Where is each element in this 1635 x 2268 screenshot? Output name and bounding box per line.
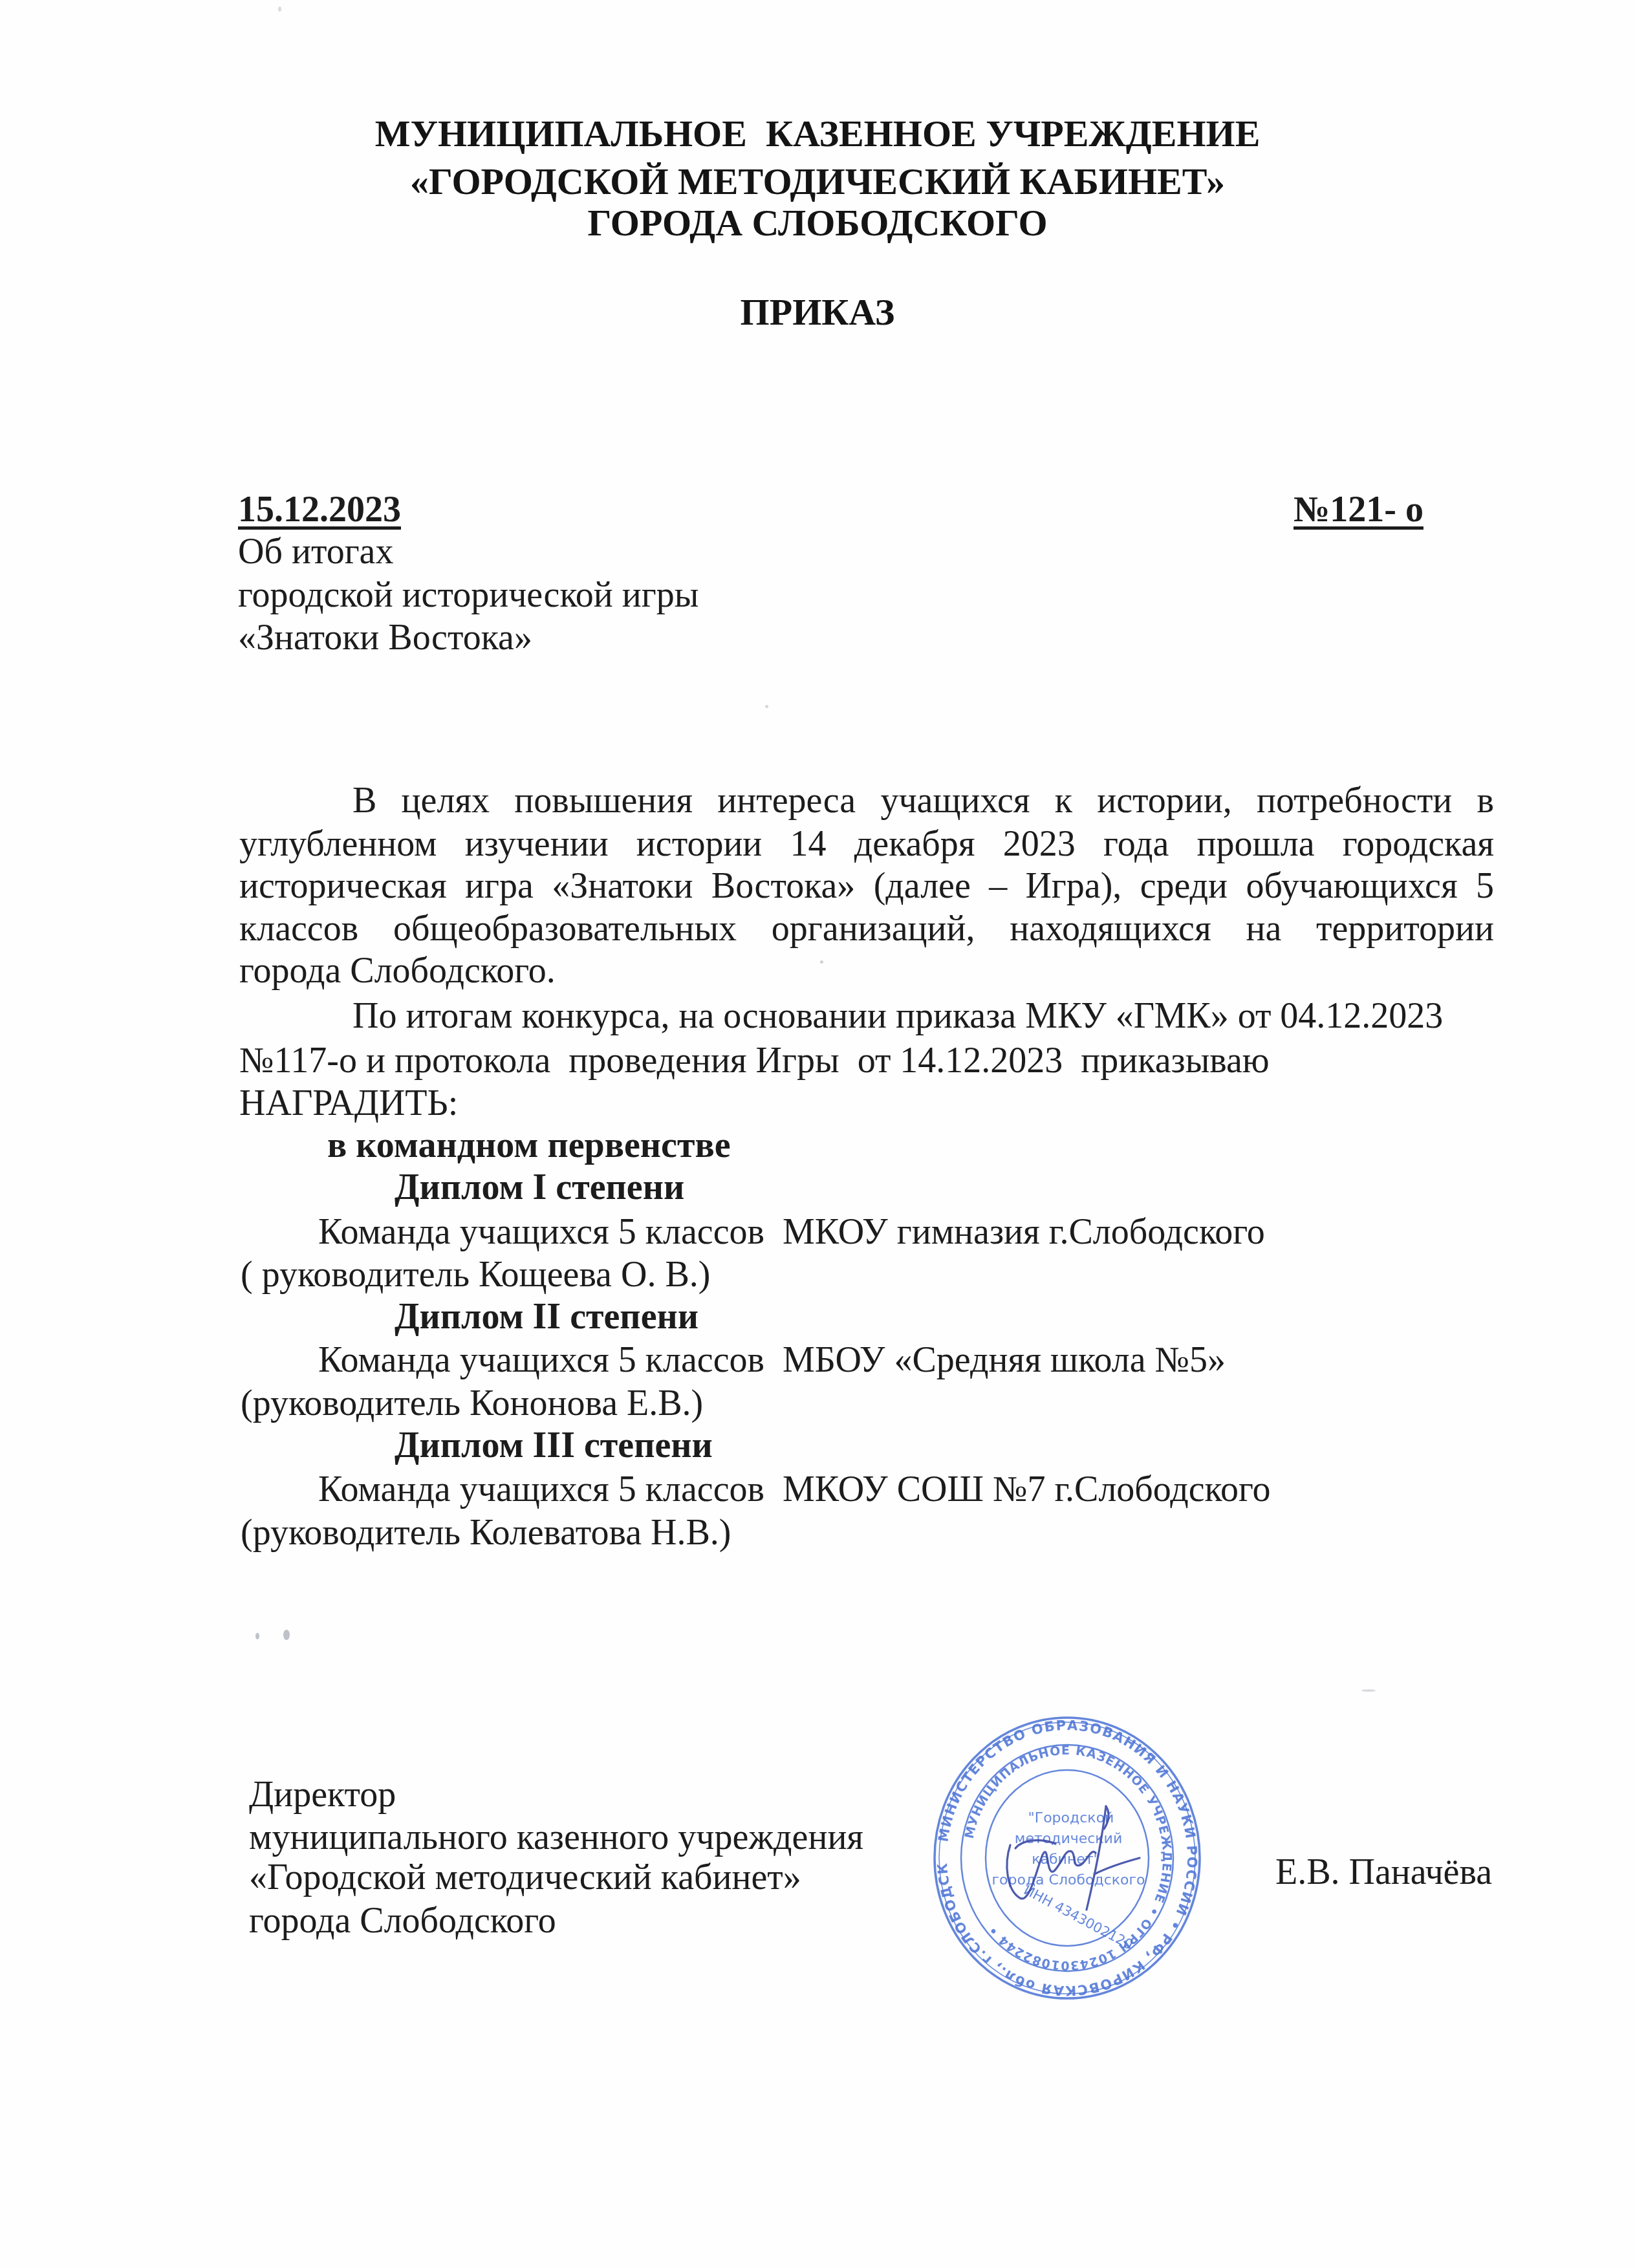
paragraph-line: углубленном изучении истории 14 декабря … — [239, 823, 1494, 865]
signatory-position-line: города Слободского — [249, 1899, 556, 1942]
scan-speck — [765, 705, 768, 708]
paragraph-line: города Слободского. — [239, 949, 556, 992]
stamp-center-line: города Слободского — [991, 1872, 1145, 1888]
paragraph-line: историческая игра «Знатоки Востока» (дал… — [239, 865, 1494, 907]
order-number: №121- о — [1294, 488, 1424, 531]
signatory-position-line: «Городской методический кабинет» — [249, 1856, 801, 1899]
award-leader: (руководитель Кононова Е.В.) — [241, 1382, 703, 1425]
subject-line: городской исторической игры — [238, 574, 698, 616]
scan-speck — [820, 960, 823, 964]
stamp-inn: ИНН 4343002120 — [1021, 1882, 1136, 1952]
subject-line: Об итогах — [238, 530, 393, 573]
stamp-center-line: "Городской — [1028, 1810, 1114, 1826]
award-team: Команда учащихся 5 классов МКОУ гимназия… — [318, 1211, 1265, 1253]
paragraph-line: классов общеобразовательных организаций,… — [239, 907, 1494, 950]
official-stamp-icon: МИНИСТЕРСТВО ОБРАЗОВАНИЯ И НАУКИ РОССИИ … — [933, 1716, 1202, 2000]
award-team: Команда учащихся 5 классов МКОУ СОШ №7 г… — [318, 1468, 1271, 1511]
signatory-position-line: Директор — [249, 1773, 396, 1816]
document-page: МУНИЦИПАЛЬНОЕ КАЗЕННОЕ УЧРЕЖДЕНИЕ «ГОРОД… — [0, 0, 1635, 2268]
stamp-center-line: методический — [1015, 1831, 1122, 1847]
scan-speck — [1361, 1689, 1376, 1692]
award-leader: (руководитель Колеватова Н.В.) — [241, 1511, 731, 1554]
paragraph-line: №117-о и протокола проведения Игры от 14… — [239, 1039, 1270, 1082]
scan-speck — [255, 1633, 259, 1639]
signatory-name: Е.В. Паначёва — [1275, 1851, 1492, 1894]
diploma-title: Диплом III степени — [395, 1424, 713, 1467]
subject-line: «Знатоки Востока» — [238, 616, 532, 659]
org-name-line-2: «ГОРОДСКОЙ МЕТОДИЧЕСКИЙ КАБИНЕТ» — [0, 160, 1635, 203]
diploma-title: Диплом II степени — [395, 1295, 698, 1338]
org-name-line-3: ГОРОДА СЛОБОДСКОГО — [0, 202, 1635, 244]
diploma-title: Диплом I степени — [395, 1166, 684, 1209]
scan-speck — [283, 1630, 290, 1640]
order-date: 15.12.2023 — [238, 488, 401, 531]
signatory-position-line: муниципального казенного учреждения — [249, 1816, 863, 1859]
paragraph-line: По итогам конкурса, на основании приказа… — [352, 995, 1443, 1037]
award-leader: ( руководитель Кощеева О. В.) — [241, 1253, 710, 1296]
document-type-title: ПРИКАЗ — [0, 291, 1635, 334]
award-directive: НАГРАДИТЬ: — [239, 1082, 458, 1125]
award-category: в командном первенстве — [327, 1124, 731, 1167]
scan-speck — [278, 6, 281, 12]
award-team: Команда учащихся 5 классов МБОУ «Средняя… — [318, 1339, 1226, 1381]
org-name-line-1: МУНИЦИПАЛЬНОЕ КАЗЕННОЕ УЧРЕЖДЕНИЕ — [0, 113, 1635, 155]
paragraph-line: В целях повышения интереса учащихся к ис… — [239, 779, 1494, 822]
